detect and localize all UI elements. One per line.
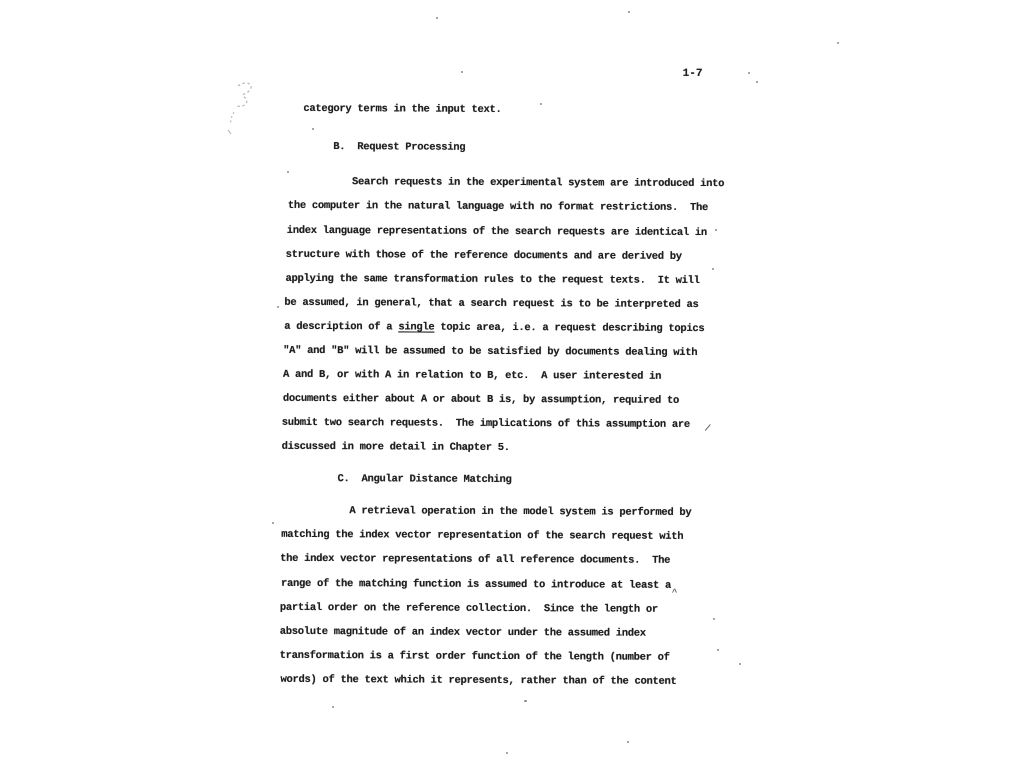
- text-line: words) of the text which it represents, …: [280, 674, 676, 689]
- text-line: submit two search requests. The implicat…: [282, 417, 690, 432]
- text-line: structure with those of the reference do…: [286, 249, 682, 264]
- line-segment: a description of a: [284, 321, 398, 334]
- scan-speck: [837, 42, 839, 44]
- text-line: matching the index vector representation…: [281, 529, 683, 544]
- text-line: A retrieval operation in the model syste…: [349, 505, 691, 519]
- scan-speck: [756, 81, 758, 83]
- stray-tick-mark: [705, 424, 711, 431]
- text-line: index language representations of the se…: [287, 225, 707, 240]
- line-segment: topic area, i.e. a request describing to…: [434, 322, 704, 335]
- scan-speck: [312, 128, 314, 130]
- underlined-word: single: [398, 321, 434, 333]
- scan-speck: [628, 11, 630, 13]
- scan-speck: [715, 229, 717, 231]
- scan-speck: [332, 706, 334, 708]
- stray-caret-mark: ^: [672, 589, 677, 598]
- scan-speck: [436, 17, 438, 19]
- scan-speck: [506, 752, 508, 754]
- scan-speck: [713, 618, 715, 620]
- scanned-document-page: 1-7 category terms in the input text. B.…: [0, 0, 1024, 768]
- text-line: documents either about A or about B is, …: [283, 393, 679, 408]
- scan-speck: [739, 663, 741, 665]
- scan-speck: [717, 649, 719, 651]
- section-heading-b: B. Request Processing: [333, 141, 465, 154]
- scan-speck: [277, 306, 279, 308]
- scan-speck: [627, 741, 629, 743]
- text-line: be assumed, in general, that a search re…: [284, 297, 698, 312]
- text-line: discussed in more detail in Chapter 5.: [282, 441, 510, 455]
- scan-speck: [272, 522, 274, 524]
- text-line: a description of a single topic area, i.…: [284, 321, 704, 336]
- text-line: range of the matching function is assume…: [281, 578, 671, 593]
- text-line: partial order on the reference collectio…: [280, 602, 658, 617]
- scan-speck: [287, 171, 289, 173]
- scan-speck: [748, 72, 750, 74]
- text-line: category terms in the input text.: [303, 103, 501, 117]
- scan-speck: [524, 700, 527, 702]
- text-line: applying the same transformation rules t…: [286, 273, 700, 288]
- text-line: transformation is a first order function…: [280, 650, 670, 665]
- document-text-block: 1-7 category terms in the input text. B.…: [0, 0, 1024, 768]
- section-heading-c: C. Angular Distance Matching: [337, 473, 511, 487]
- text-line: the index vector representations of all …: [280, 553, 670, 568]
- page-number: 1-7: [683, 69, 703, 80]
- text-line: Search requests in the experimental syst…: [352, 176, 724, 191]
- scan-speck: [540, 103, 542, 105]
- text-line: "A" and "B" will be assumed to be satisf…: [283, 345, 697, 360]
- scan-speck: [461, 71, 463, 73]
- scan-speck: [712, 268, 714, 270]
- text-line: the computer in the natural language wit…: [288, 200, 708, 215]
- text-line: absolute magnitude of an index vector un…: [280, 626, 646, 641]
- text-line: A and B, or with A in relation to B, etc…: [283, 369, 661, 384]
